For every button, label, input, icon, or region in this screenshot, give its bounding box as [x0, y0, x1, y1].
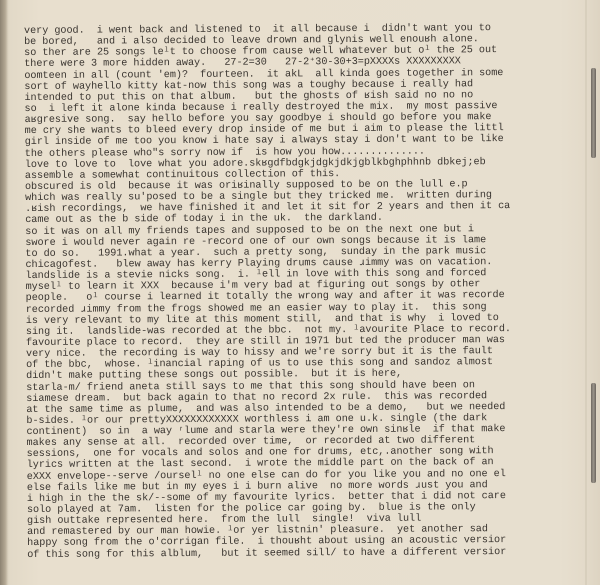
staple-bottom: [591, 383, 596, 483]
page-left-edge-shadow: [0, 0, 8, 585]
staple-top: [591, 68, 596, 158]
typewritten-body-text: very good. i went back and listened to i…: [24, 23, 587, 561]
scanned-page: very good. i went back and listened to i…: [0, 0, 600, 585]
